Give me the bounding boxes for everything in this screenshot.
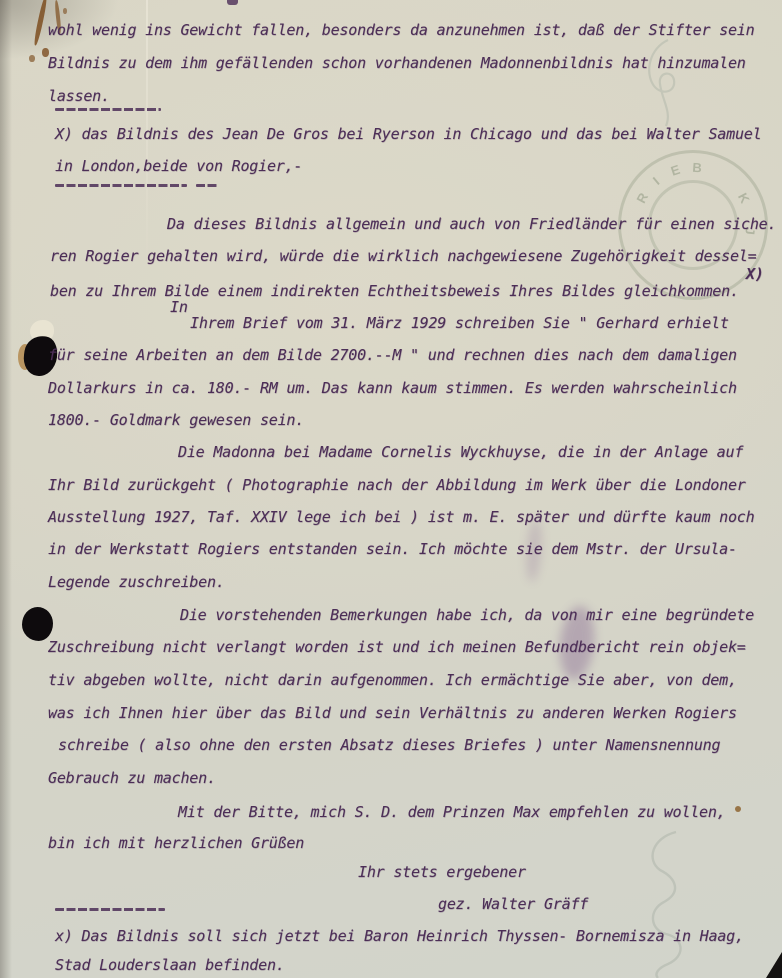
text-line: Dollarkurs in ca. 180.- RM um. Das kann … bbox=[48, 380, 737, 397]
pencil-mark-curl bbox=[638, 38, 688, 128]
text-line: für seine Arbeiten an dem Bilde 2700.--M… bbox=[48, 347, 737, 364]
text-line: Zuschreibung nicht verlangt worden ist u… bbox=[48, 639, 746, 656]
text-line: Ihr stets ergebener bbox=[358, 864, 526, 881]
text-line: Die vorstehenden Bemerkungen habe ich, d… bbox=[180, 607, 754, 624]
text-line: Die Madonna bei Madame Cornelis Wyckhuys… bbox=[178, 444, 743, 461]
text-line: Da dieses Bildnis allgemein und auch von… bbox=[167, 216, 776, 233]
text-line: schreibe ( also ohne den ersten Absatz d… bbox=[58, 737, 720, 754]
stamp-letter: E bbox=[667, 162, 685, 180]
scan-edge-shadow bbox=[0, 0, 12, 978]
letter-page: RIEBKJ wohl wenig ins Gewicht fallen, be… bbox=[0, 0, 782, 978]
text-line: bin ich mit herzlichen Grüßen bbox=[48, 835, 304, 852]
text-line: 1800.- Goldmark gewesen sein. bbox=[48, 412, 304, 429]
cutoff-character-fragment bbox=[227, 0, 238, 5]
separator-rule bbox=[55, 108, 161, 111]
ink-speck bbox=[735, 806, 741, 812]
text-line: Legende zuschreiben. bbox=[48, 574, 225, 591]
text-line: X) das Bildnis des Jean De Gros bei Ryer… bbox=[55, 126, 761, 143]
text-line: Bildnis zu dem ihm gefällenden schon vor… bbox=[48, 55, 746, 72]
stamp-letter: B bbox=[690, 161, 705, 176]
signature-line: gez. Walter Gräff bbox=[438, 896, 588, 913]
text-line: in der Werkstatt Rogiers entstanden sein… bbox=[48, 541, 737, 558]
stamp-letter: K bbox=[734, 189, 753, 208]
separator-rule-dash bbox=[196, 184, 217, 187]
text-line: in London,beide von Rogier,- bbox=[55, 158, 302, 175]
ink-stain bbox=[29, 55, 35, 62]
stamp-letter: R bbox=[633, 189, 652, 208]
text-line: Mit der Bitte, mich S. D. dem Prinzen Ma… bbox=[178, 804, 726, 821]
text-line: Gebrauch zu machen. bbox=[48, 770, 216, 787]
text-line: ben zu Ihrem Bilde einem indirekten Echt… bbox=[50, 283, 739, 300]
text-line: Ihrem Brief vom 31. März 1929 schreiben … bbox=[190, 315, 729, 332]
pencil-scribble bbox=[642, 830, 698, 978]
text-line: Ihr Bild zurückgeht ( Photographie nach … bbox=[48, 477, 746, 494]
footnote-reference-mark: X) bbox=[746, 266, 764, 283]
text-line: ren Rogier gehalten wird, würde die wirk… bbox=[50, 248, 756, 265]
text-line: wohl wenig ins Gewicht fallen, besonders… bbox=[48, 22, 754, 39]
text-line: tiv abgeben wollte, nicht darin aufgenom… bbox=[48, 672, 737, 689]
hole-punch bbox=[22, 607, 53, 641]
stamp-letter: I bbox=[646, 171, 666, 191]
text-line: Ausstellung 1927, Taf. XXIV lege ich bei… bbox=[48, 509, 754, 526]
footnote-line: x) Das Bildnis soll sich jetzt bei Baron… bbox=[55, 928, 744, 945]
separator-rule bbox=[55, 184, 187, 187]
scan-background-corner bbox=[766, 952, 782, 978]
footnote-line: Stad Louderslaan befinden. bbox=[55, 957, 285, 974]
ink-stain bbox=[63, 8, 67, 14]
text-line: lassen. bbox=[48, 88, 110, 105]
text-line: In bbox=[170, 299, 188, 316]
footnote-separator-rule bbox=[55, 908, 165, 911]
text-line: was ich Ihnen hier über das Bild und sei… bbox=[48, 705, 737, 722]
